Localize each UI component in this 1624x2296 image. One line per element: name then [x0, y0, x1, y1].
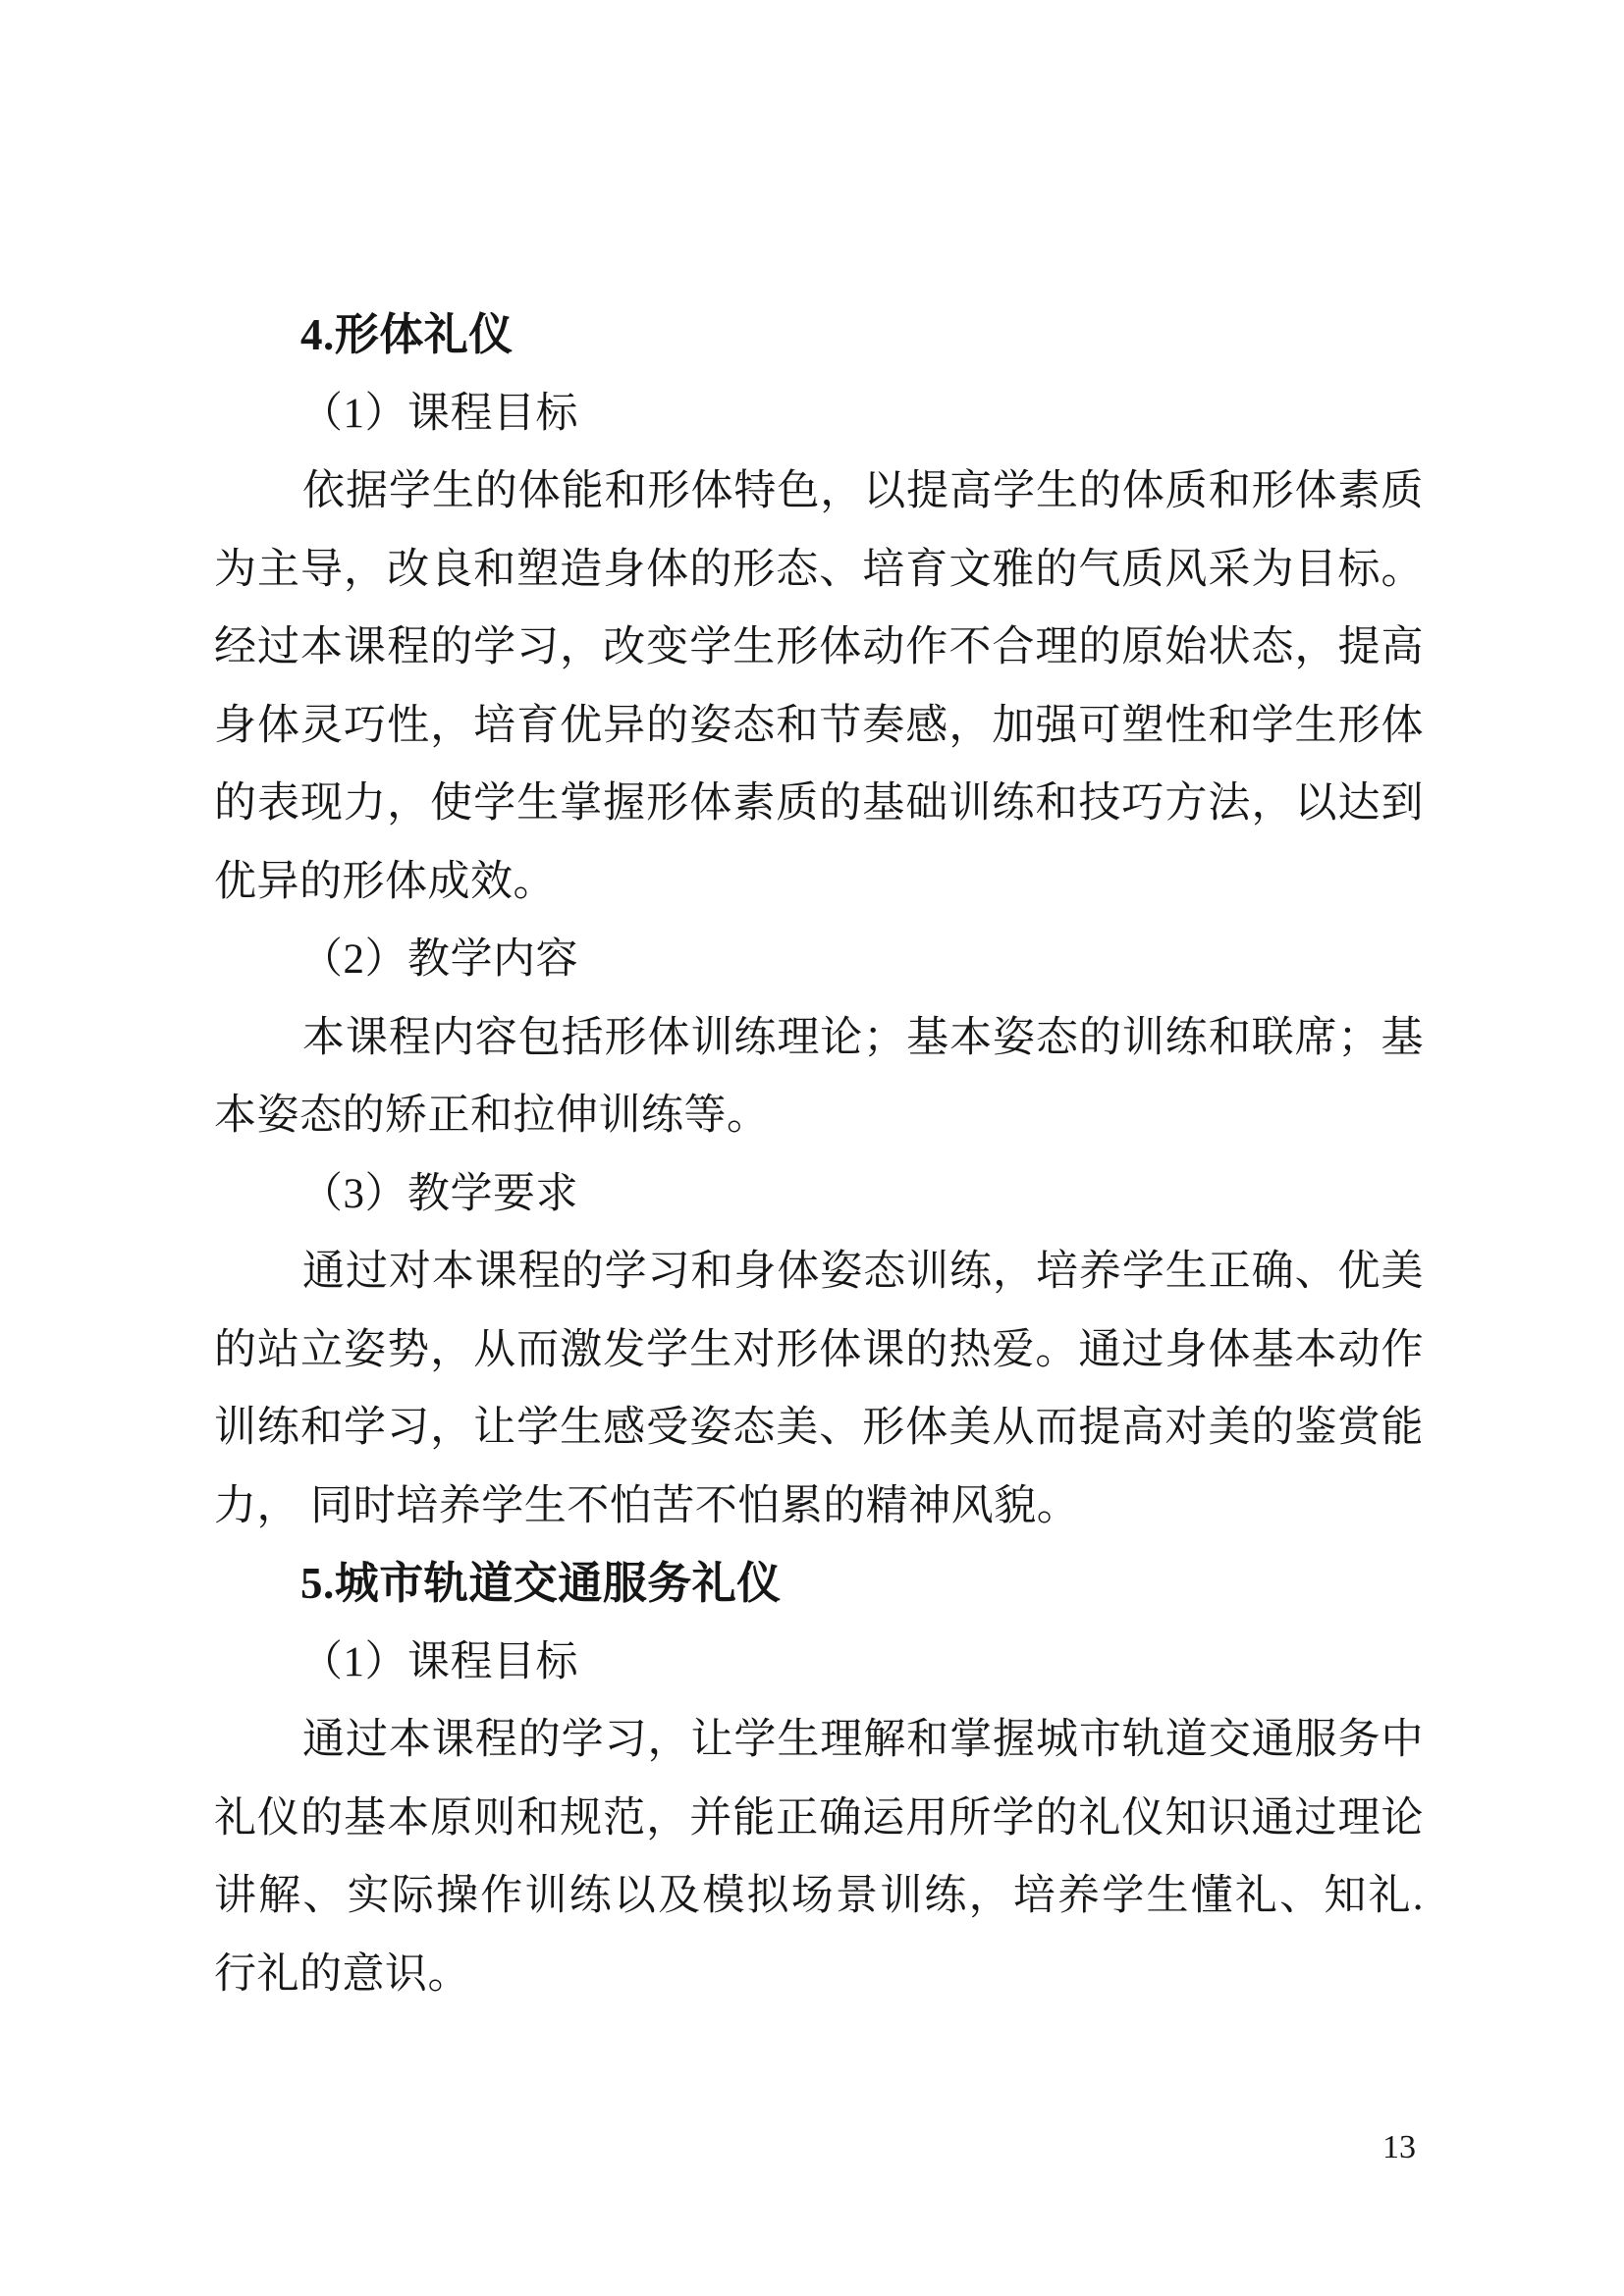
- document-page: 4.形体礼仪（1）课程目标依据学生的体能和形体特色，以提高学生的体质和形体素质为…: [0, 0, 1624, 2296]
- text-line: 讲解、实际操作训练以及模拟场景训练，培养学生懂礼、知礼.: [214, 1857, 1424, 1936]
- text-line: 训练和学习，让学生感受姿态美、形体美从而提高对美的鉴赏能: [214, 1389, 1424, 1468]
- section-heading: 4.形体礼仪: [214, 296, 1424, 375]
- text-line: 经过本课程的学习，改变学生形体动作不合理的原始状态，提高: [214, 609, 1424, 687]
- page-number: 13: [1382, 2130, 1416, 2165]
- text-line: 的表现力，使学生掌握形体素质的基础训练和技巧方法，以达到: [214, 765, 1424, 843]
- sub-heading: （2）教学内容: [214, 921, 1424, 999]
- text-line: 优异的形体成效。: [214, 843, 1424, 922]
- text-line: 本姿态的矫正和拉伸训练等。: [214, 1077, 1424, 1155]
- text-line: 通过对本课程的学习和身体姿态训练，培养学生正确、优美: [214, 1233, 1424, 1311]
- text-line: 本课程内容包括形体训练理论；基本姿态的训练和联席；基: [214, 999, 1424, 1078]
- text-line: 通过本课程的学习，让学生理解和掌握城市轨道交通服务中: [214, 1701, 1424, 1780]
- sub-heading: （1）课程目标: [214, 375, 1424, 454]
- document-body: 4.形体礼仪（1）课程目标依据学生的体能和形体特色，以提高学生的体质和形体素质为…: [214, 296, 1424, 2013]
- text-line: 依据学生的体能和形体特色，以提高学生的体质和形体素质: [214, 453, 1424, 531]
- text-line: 的站立姿势，从而激发学生对形体课的热爱。通过身体基本动作: [214, 1311, 1424, 1390]
- section-heading: 5.城市轨道交通服务礼仪: [214, 1545, 1424, 1624]
- text-line: 为主导，改良和塑造身体的形态、培育文雅的气质风采为目标。: [214, 531, 1424, 610]
- text-line: 礼仪的基本原则和规范，并能正确运用所学的礼仪知识通过理论: [214, 1780, 1424, 1858]
- sub-heading: （1）课程目标: [214, 1624, 1424, 1702]
- text-line: 力， 同时培养学生不怕苦不怕累的精神风貌。: [214, 1468, 1424, 1546]
- text-line: 行礼的意识。: [214, 1936, 1424, 2014]
- text-line: 身体灵巧性，培育优异的姿态和节奏感，加强可塑性和学生形体: [214, 687, 1424, 766]
- sub-heading: （3）教学要求: [214, 1155, 1424, 1234]
